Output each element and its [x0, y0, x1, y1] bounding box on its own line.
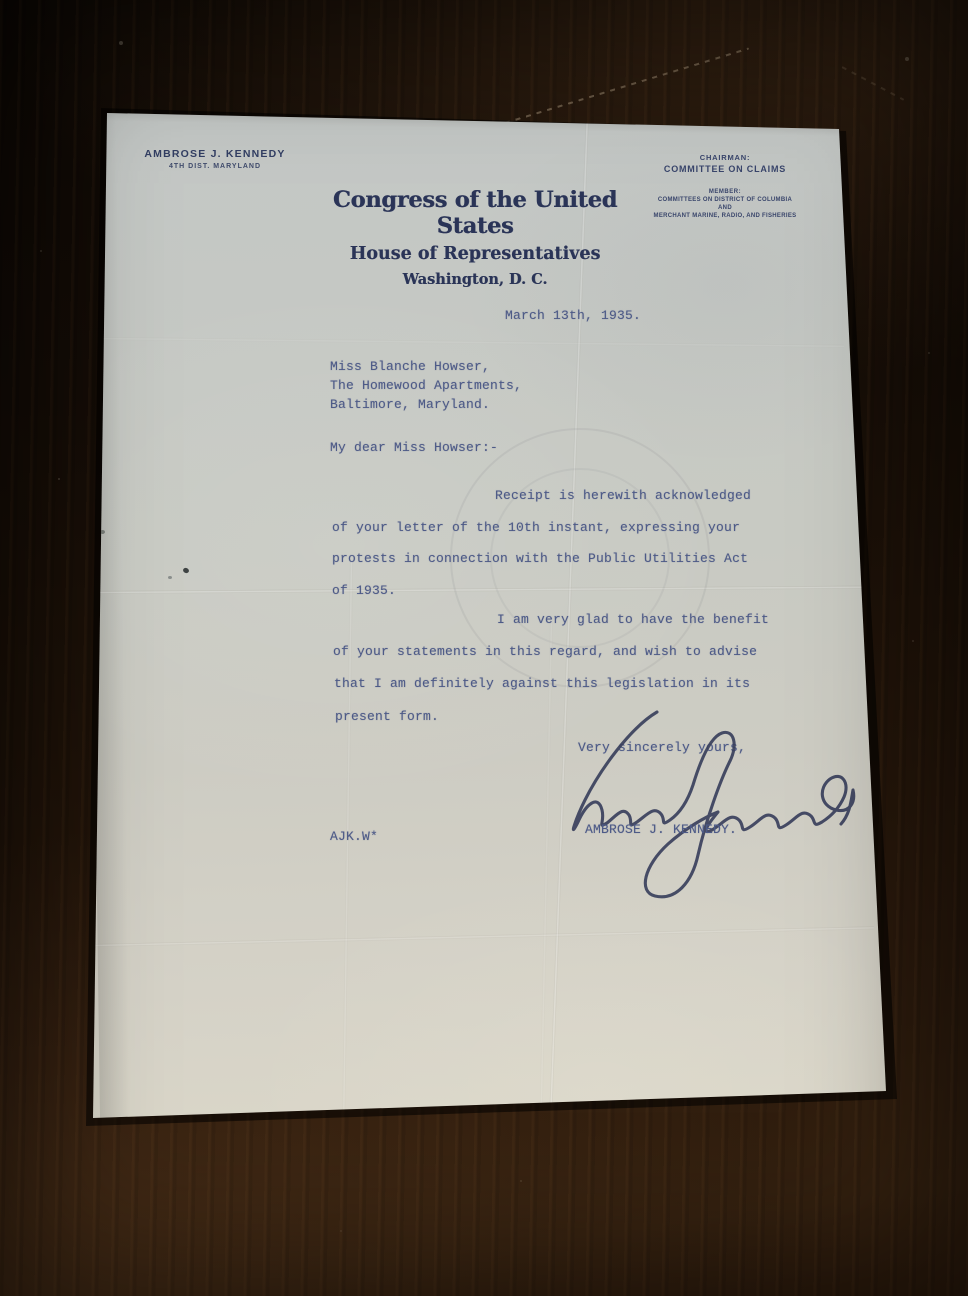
recipient-name-line: Miss Blanche Howser, — [330, 359, 490, 374]
letterhead-city-line: Washington, D. C. — [294, 271, 656, 288]
letterhead-member-committee-line: MERCHANT MARINE, RADIO, AND FISHERIES — [648, 213, 802, 219]
typed-signature-name: AMBROSE J. KENNEDY. — [585, 822, 737, 837]
fold-crease-horizontal-lower — [94, 926, 874, 947]
body-line: of 1935. — [332, 583, 396, 598]
letterhead-committee-block: CHAIRMAN: COMMITTEE ON CLAIMS MEMBER: CO… — [648, 153, 802, 219]
letterhead-chairman-committee: COMMITTEE ON CLAIMS — [648, 164, 802, 174]
body-line: present form. — [335, 709, 439, 724]
body-line: of your statements in this regard, and w… — [333, 644, 757, 659]
closing-line: Very sincerely yours, — [578, 740, 746, 755]
reference-initials: AJK.W* — [330, 829, 378, 844]
letterhead-congress-block: Congress of the United States House of R… — [294, 187, 656, 288]
body-line: protests in connection with the Public U… — [332, 551, 748, 566]
fold-crease-horizontal-top — [102, 337, 844, 348]
body-line: Receipt is herewith acknowledged — [495, 488, 751, 503]
body-line: of your letter of the 10th instant, expr… — [332, 520, 740, 535]
letterhead-chairman-title: CHAIRMAN: — [648, 153, 802, 162]
date-line: March 13th, 1935. — [505, 308, 641, 323]
recipient-address-line: The Homewood Apartments, — [330, 378, 522, 393]
body-line: that I am definitely against this legisl… — [334, 676, 750, 691]
letterhead-member-district: 4TH DIST. MARYLAND — [138, 163, 292, 170]
letterhead-member-name: AMBROSE J. KENNEDY — [138, 148, 292, 160]
ink-speck — [168, 576, 172, 579]
letterhead-member-committee-line: COMMITTEES ON DISTRICT OF COLUMBIA — [648, 197, 802, 203]
recipient-city-line: Baltimore, Maryland. — [330, 397, 490, 412]
letterhead-member-name-block: AMBROSE J. KENNEDY 4TH DIST. MARYLAND — [138, 148, 292, 170]
letterhead-member-committee-line: AND — [648, 205, 802, 211]
dust-specks — [0, 0, 2, 2]
letterhead-member-title: MEMBER: — [648, 189, 802, 195]
photo-of-letter: AMBROSE J. KENNEDY 4TH DIST. MARYLAND Co… — [0, 0, 968, 1296]
salutation-line: My dear Miss Howser:- — [330, 440, 498, 455]
ink-speck — [182, 567, 190, 574]
letterhead-house-title: House of Representatives — [294, 244, 656, 264]
letterhead-congress-title: Congress of the United States — [294, 187, 656, 239]
body-line: I am very glad to have the benefit — [497, 612, 769, 627]
